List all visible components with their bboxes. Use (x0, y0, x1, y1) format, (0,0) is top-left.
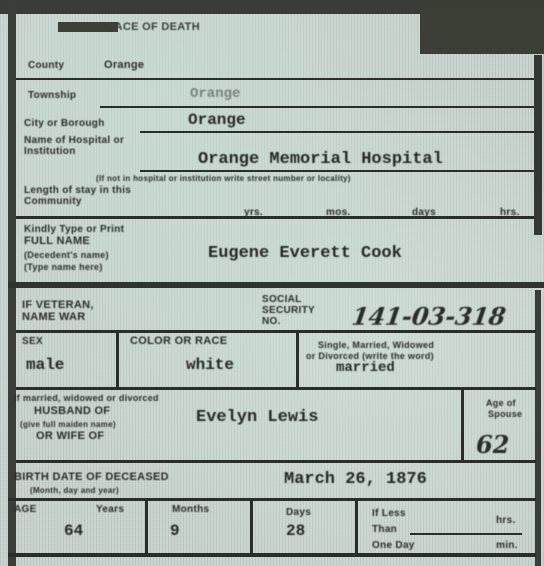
maiden-name-note: (give full maiden name) (20, 419, 116, 430)
city-label: City or Borough (24, 118, 105, 129)
full-name-instruction: Kindly Type or Print (24, 224, 124, 235)
full-name-type-here: (Type name here) (24, 262, 103, 273)
county-value: Orange (104, 60, 144, 71)
rule-county (16, 78, 534, 80)
under-day-label-line3: One Day (372, 540, 415, 551)
decedent-full-name: Eugene Everett Cook (208, 244, 402, 263)
institution-label: Name of Hospital or Institution (24, 135, 134, 157)
township-value: Orange (190, 86, 240, 102)
rule-under-day (410, 533, 522, 535)
under-day-label-line2: Than (372, 524, 397, 535)
institution-note: (If not in hospital or institution write… (96, 173, 351, 184)
rule-birth-date (8, 498, 536, 501)
spouse-age-value: 62 (476, 430, 509, 459)
divider-days-under-day (355, 500, 358, 554)
age-label: AGE (14, 504, 37, 515)
rule-veteran (16, 330, 536, 333)
race-value: white (186, 356, 234, 374)
divider-race-marital (296, 332, 299, 388)
age-years-value: 64 (64, 522, 83, 540)
header-title: PLACE OF DEATH (100, 22, 200, 33)
rule-length-of-stay (16, 216, 534, 219)
city-value: Orange (188, 111, 246, 129)
divider-spouse-age (461, 390, 464, 462)
rule-spouse (16, 460, 536, 463)
form-right-border (534, 55, 542, 235)
social-security-number: 141-03-318 (350, 302, 508, 331)
rule-township (100, 106, 534, 108)
marital-label-line1: Single, Married, Widowed (318, 340, 434, 351)
spouse-age-label-line1: Age of (486, 398, 516, 409)
rule-city (140, 131, 534, 133)
wife-of-label: OR WIFE OF (36, 431, 104, 442)
sex-label: SEX (22, 336, 43, 347)
spouse-name: Evelyn Lewis (196, 408, 318, 427)
township-label: Township (28, 90, 76, 101)
divider-years-months (145, 500, 148, 554)
spouse-label-line1: If married, widowed or divorced (14, 393, 159, 404)
rule-age (8, 553, 536, 557)
age-years-label: Years (96, 504, 124, 515)
sex-value: male (26, 356, 64, 374)
race-label: COLOR OR RACE (130, 336, 227, 347)
under-day-hrs-label: hrs. (496, 515, 516, 526)
rule-sex-race (16, 387, 536, 390)
age-days-value: 28 (286, 522, 305, 540)
rule-institution (140, 170, 534, 172)
ssn-label-line3: NO. (262, 316, 281, 327)
divider-sex-race (116, 332, 119, 388)
marital-status-value: married (336, 360, 395, 376)
veteran-label: IF VETERAN, (22, 300, 94, 311)
full-name-sublabel: (Decedent's name) (24, 250, 109, 261)
ssn-label-line2: SECURITY (262, 305, 315, 316)
birth-date-value: March 26, 1876 (284, 470, 427, 489)
ssn-label-line1: SOCIAL (262, 294, 302, 305)
age-months-value: 9 (170, 522, 180, 540)
husband-of-label: HUSBAND OF (34, 406, 110, 417)
rule-full-name (8, 282, 544, 288)
county-label: County (28, 60, 64, 71)
under-day-label-line1: If Less (372, 508, 406, 519)
under-day-min-label: min. (496, 540, 518, 551)
spouse-age-label-line2: Spouse (488, 409, 522, 420)
length-of-stay-label: Length of stay in this Community (24, 185, 184, 207)
birth-date-label: BIRTH DATE OF DECEASED (14, 472, 169, 483)
age-days-label: Days (286, 507, 311, 518)
institution-value: Orange Memorial Hospital (198, 150, 443, 169)
veteran-war-label: NAME WAR (22, 312, 86, 323)
age-months-label: Months (172, 504, 209, 515)
scan-dark-corner (420, 8, 544, 54)
divider-months-days (250, 500, 253, 554)
full-name-label: FULL NAME (24, 236, 90, 247)
birth-date-format-note: (Month, day and year) (30, 485, 119, 496)
